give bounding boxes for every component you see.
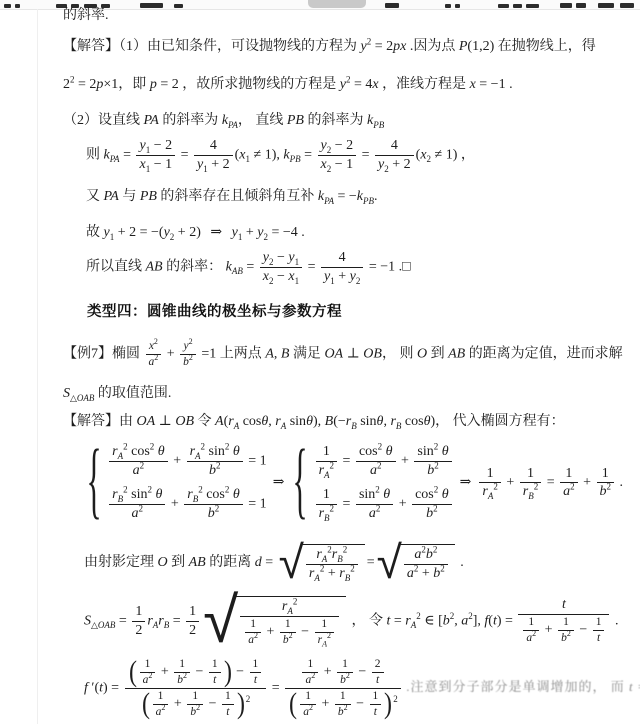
derivative-formula-line: f ′(t) = (1a2 + 1b2 − 1t) − 1t(1a2 + 1b2… (84, 658, 640, 719)
toolbar-active-button[interactable] (308, 0, 366, 8)
projection-distance-line: 由射影定理 O 到 AB 的距离 d = √rA2rB2rA2 + rB2=√a… (84, 543, 464, 582)
toolbar-text-fragment (513, 4, 522, 8)
y-sum-line: 故 y1 + 2 = −(y2 + 2) ⇒ y1 + y2 = −4 . (86, 224, 305, 243)
page-margin-line (37, 9, 38, 724)
toolbar-text-fragment (498, 4, 509, 8)
ab-slope-result-line: 所以直线 AB 的斜率： kAB = y2 − y1x2 − x1 = 4y1 … (86, 250, 411, 284)
supplementary-angles-line: 又 PA 与 PB 的斜率存在且倾斜角互补 kPA = −kPB. (86, 188, 378, 207)
solution2-intro-line: 【解答】由 OA ⊥ OB 令 A(rA cosθ, rA sinθ), B(−… (63, 413, 565, 432)
text-line-slope-tail: 的斜率. (63, 7, 109, 26)
toolbar-text-fragment (140, 3, 163, 8)
toolbar-text-fragment (455, 4, 460, 8)
toolbar-text-fragment (598, 3, 614, 8)
section-heading-type4: 类型四：圆锥曲线的极坐标与参数方程 (87, 303, 342, 323)
toolbar-text-fragment (560, 3, 572, 8)
document-page: 的斜率. 【解答】（1）由已知条件，可设抛物线的方程为 y2 = 2px .因为… (0, 0, 640, 724)
system-of-equations: {rA2 cos2 θa2 + rA2 sin2 θb2 = 1rB2 sin2… (84, 444, 623, 522)
slope-fractions-line: 则 kPA = y1 − 2x1 − 1 = 4y1 + 2(x1 ≠ 1), … (86, 138, 475, 172)
toolbar-text-fragment (15, 4, 20, 8)
toolbar-text-fragment (445, 4, 451, 8)
toolbar-text-fragment (174, 4, 183, 8)
area-formula-line: S△OAB = 12rArB = 12√rA21a2 + 1b2 − 1rA2 … (84, 594, 618, 648)
toolbar-text-fragment (526, 4, 539, 8)
example7-range-line: S△OAB 的取值范围. (63, 385, 171, 404)
toolbar-text-fragment (576, 3, 586, 8)
toolbar-text-fragment (620, 3, 634, 8)
toolbar-text-fragment (4, 4, 11, 8)
solution1-result-line: 22 = 2p×1，即 p = 2 ，故所求抛物线的方程是 y2 = 4x ，准… (63, 76, 513, 95)
example7-statement-line: 【例7】椭圆 x2a2 + y2b2 =1 上两点 A, B 满足 OA ⊥ O… (63, 340, 623, 369)
toolbar-text-fragment (385, 3, 399, 8)
part2-setup-line: （2）设直线 PA 的斜率为 kPA， 直线 PB 的斜率为 kPB (63, 112, 384, 131)
solution1-intro-line: 【解答】（1）由已知条件，可设抛物线的方程为 y2 = 2px .因为点 P(1… (63, 38, 596, 57)
